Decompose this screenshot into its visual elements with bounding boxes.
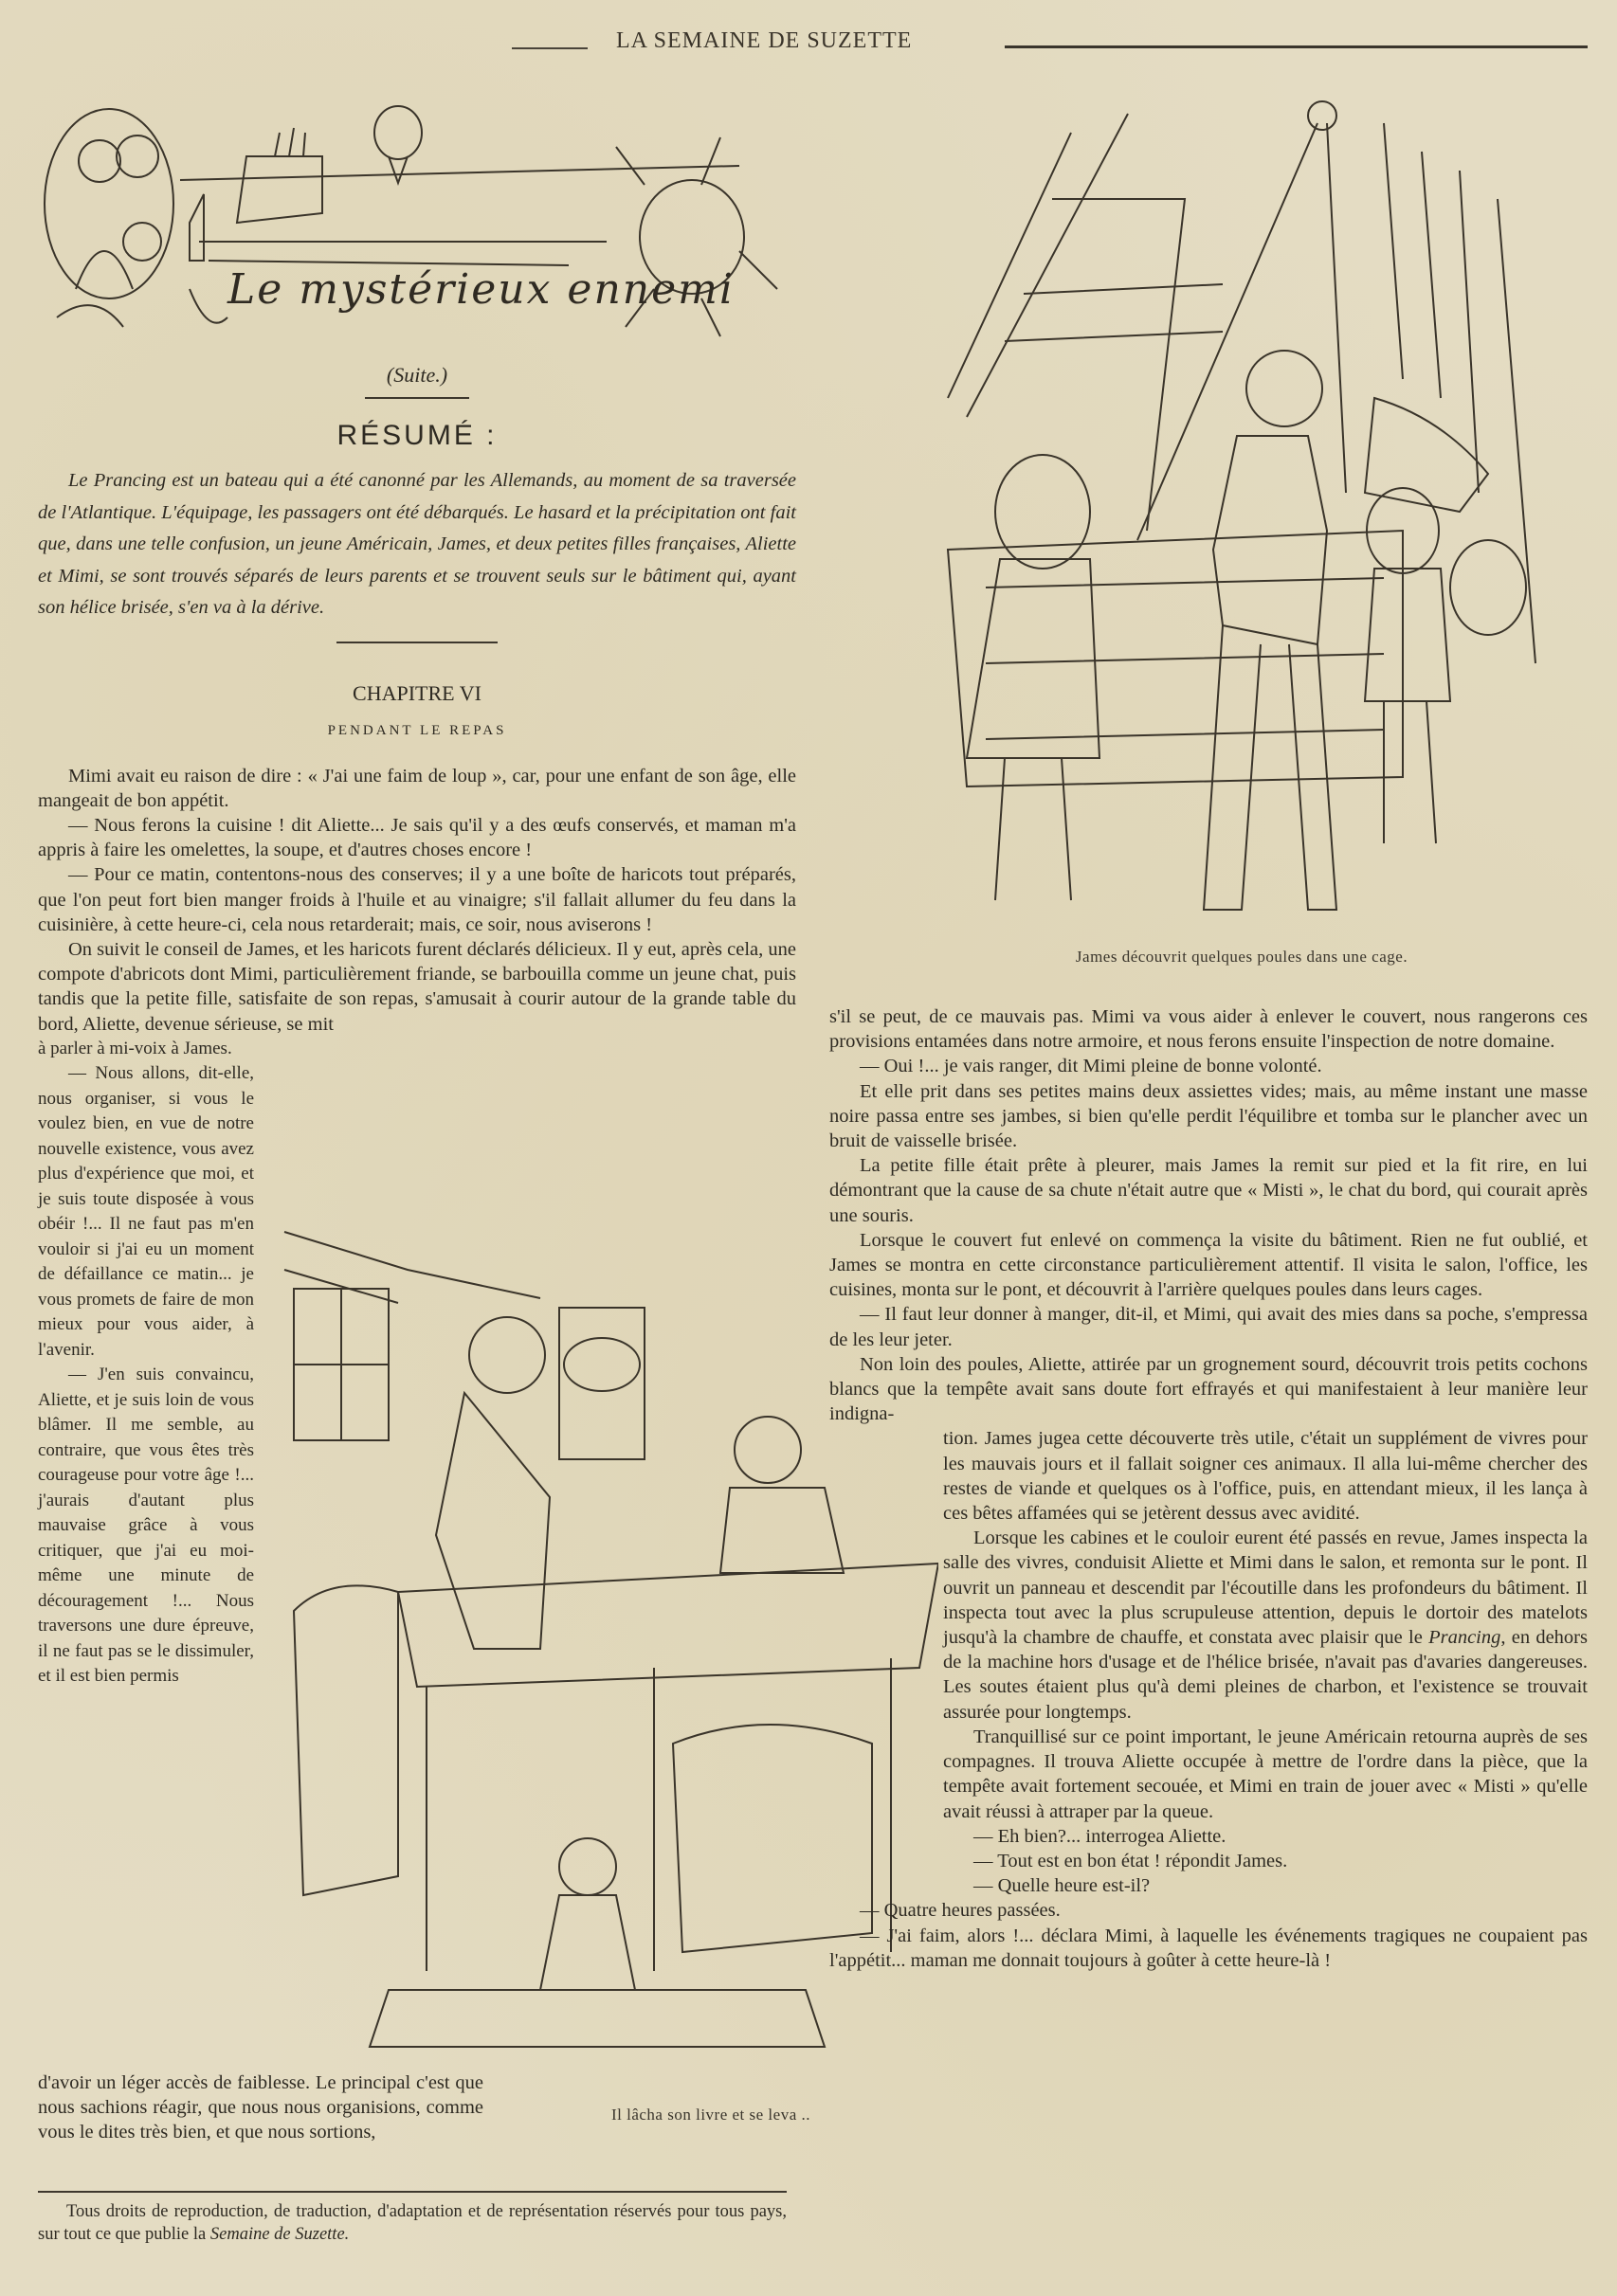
head-rule-right <box>1005 45 1588 48</box>
divider <box>336 642 498 643</box>
paragraph: La petite fille était prête à pleurer, m… <box>829 1153 1588 1228</box>
deck-scene-illustration-icon <box>910 95 1573 929</box>
paragraph: s'il se peut, de ce mauvais pas. Mimi va… <box>829 1004 1588 1054</box>
paragraph: Mimi avait eu raison de dire : « J'ai un… <box>38 764 796 813</box>
illustration-deck <box>910 95 1573 929</box>
story-title: Le mystérieux ennemi <box>227 265 735 314</box>
indented-text-block: tion. James jugea cette découverte très … <box>943 1426 1588 1898</box>
paragraph: — Nous ferons la cuisine ! dit Aliette..… <box>38 813 796 862</box>
paragraph: Lorsque les cabines et le couloir eurent… <box>943 1526 1588 1725</box>
paragraph: — J'ai faim, alors !... déclara Mimi, à … <box>829 1924 1588 1973</box>
rights-notice: Tous droits de reproduction, de traducti… <box>38 2200 787 2246</box>
running-head: LA SEMAINE DE SUZETTE <box>0 27 1617 64</box>
paragraph: — J'en suis convaincu, Aliette, et je su… <box>38 1363 254 1690</box>
head-rule-left <box>512 47 588 49</box>
rights-text: Tous droits de reproduction, de traducti… <box>38 2202 787 2244</box>
story-banner: Le mystérieux ennemi <box>38 99 787 355</box>
resume-text: Le Prancing est un bateau qui a été cano… <box>38 465 796 624</box>
dialog-line: — Quatre heures passées. <box>829 1898 1588 1923</box>
paragraph: — Oui !... je vais ranger, dit Mimi plei… <box>829 1054 1588 1078</box>
divider <box>365 397 469 399</box>
paragraph: Et elle prit dans ses petites mains deux… <box>829 1079 1588 1154</box>
dialog-line: — Quelle heure est-il? <box>943 1873 1588 1898</box>
right-column: s'il se peut, de ce mauvais pas. Mimi va… <box>829 1004 1588 1973</box>
publication-title: LA SEMAINE DE SUZETTE <box>616 28 912 54</box>
paragraph: à parler à mi-voix à James. <box>38 1037 254 1062</box>
dialog-line: — Tout est en bon état ! répondit James. <box>943 1849 1588 1873</box>
suite-label: (Suite.) <box>38 363 796 388</box>
chapter-title: PENDANT LE REPAS <box>38 723 796 739</box>
paragraph: — Nous allons, dit-elle, nous organiser,… <box>38 1061 254 1363</box>
narrow-text-block: à parler à mi-voix à James. — Nous allon… <box>38 1037 254 1690</box>
banner-illustration-icon <box>38 99 787 355</box>
paragraph: On suivit le conseil de James, et les ha… <box>38 937 796 1037</box>
newspaper-page: LA SEMAINE DE SUZETTE <box>0 0 1617 2296</box>
publication-name: Semaine de Suzette. <box>210 2225 349 2244</box>
illustration-caption: James découvrit quelques poules dans une… <box>910 948 1573 967</box>
resume-heading: RÉSUMÉ : <box>38 420 796 452</box>
paragraph: Lorsque le couvert fut enlevé on commenç… <box>829 1228 1588 1303</box>
dialog-line: — Eh bien?... interrogea Aliette. <box>943 1824 1588 1849</box>
paragraph: — Il faut leur donner à manger, dit-il, … <box>829 1302 1588 1351</box>
footer-rule <box>38 2191 787 2193</box>
paragraph: Tranquillisé sur ce point important, le … <box>943 1725 1588 1824</box>
chapter-number: CHAPITRE VI <box>38 681 796 706</box>
paragraph: tion. James jugea cette découverte très … <box>943 1426 1588 1526</box>
paragraph: Non loin des poules, Aliette, attirée pa… <box>829 1352 1588 1427</box>
ship-name: Prancing <box>1428 1627 1500 1648</box>
paragraph: — Pour ce matin, contentons-nous des con… <box>38 862 796 937</box>
illustration-caption: Il lâcha son livre et se leva .. <box>531 2106 891 2124</box>
